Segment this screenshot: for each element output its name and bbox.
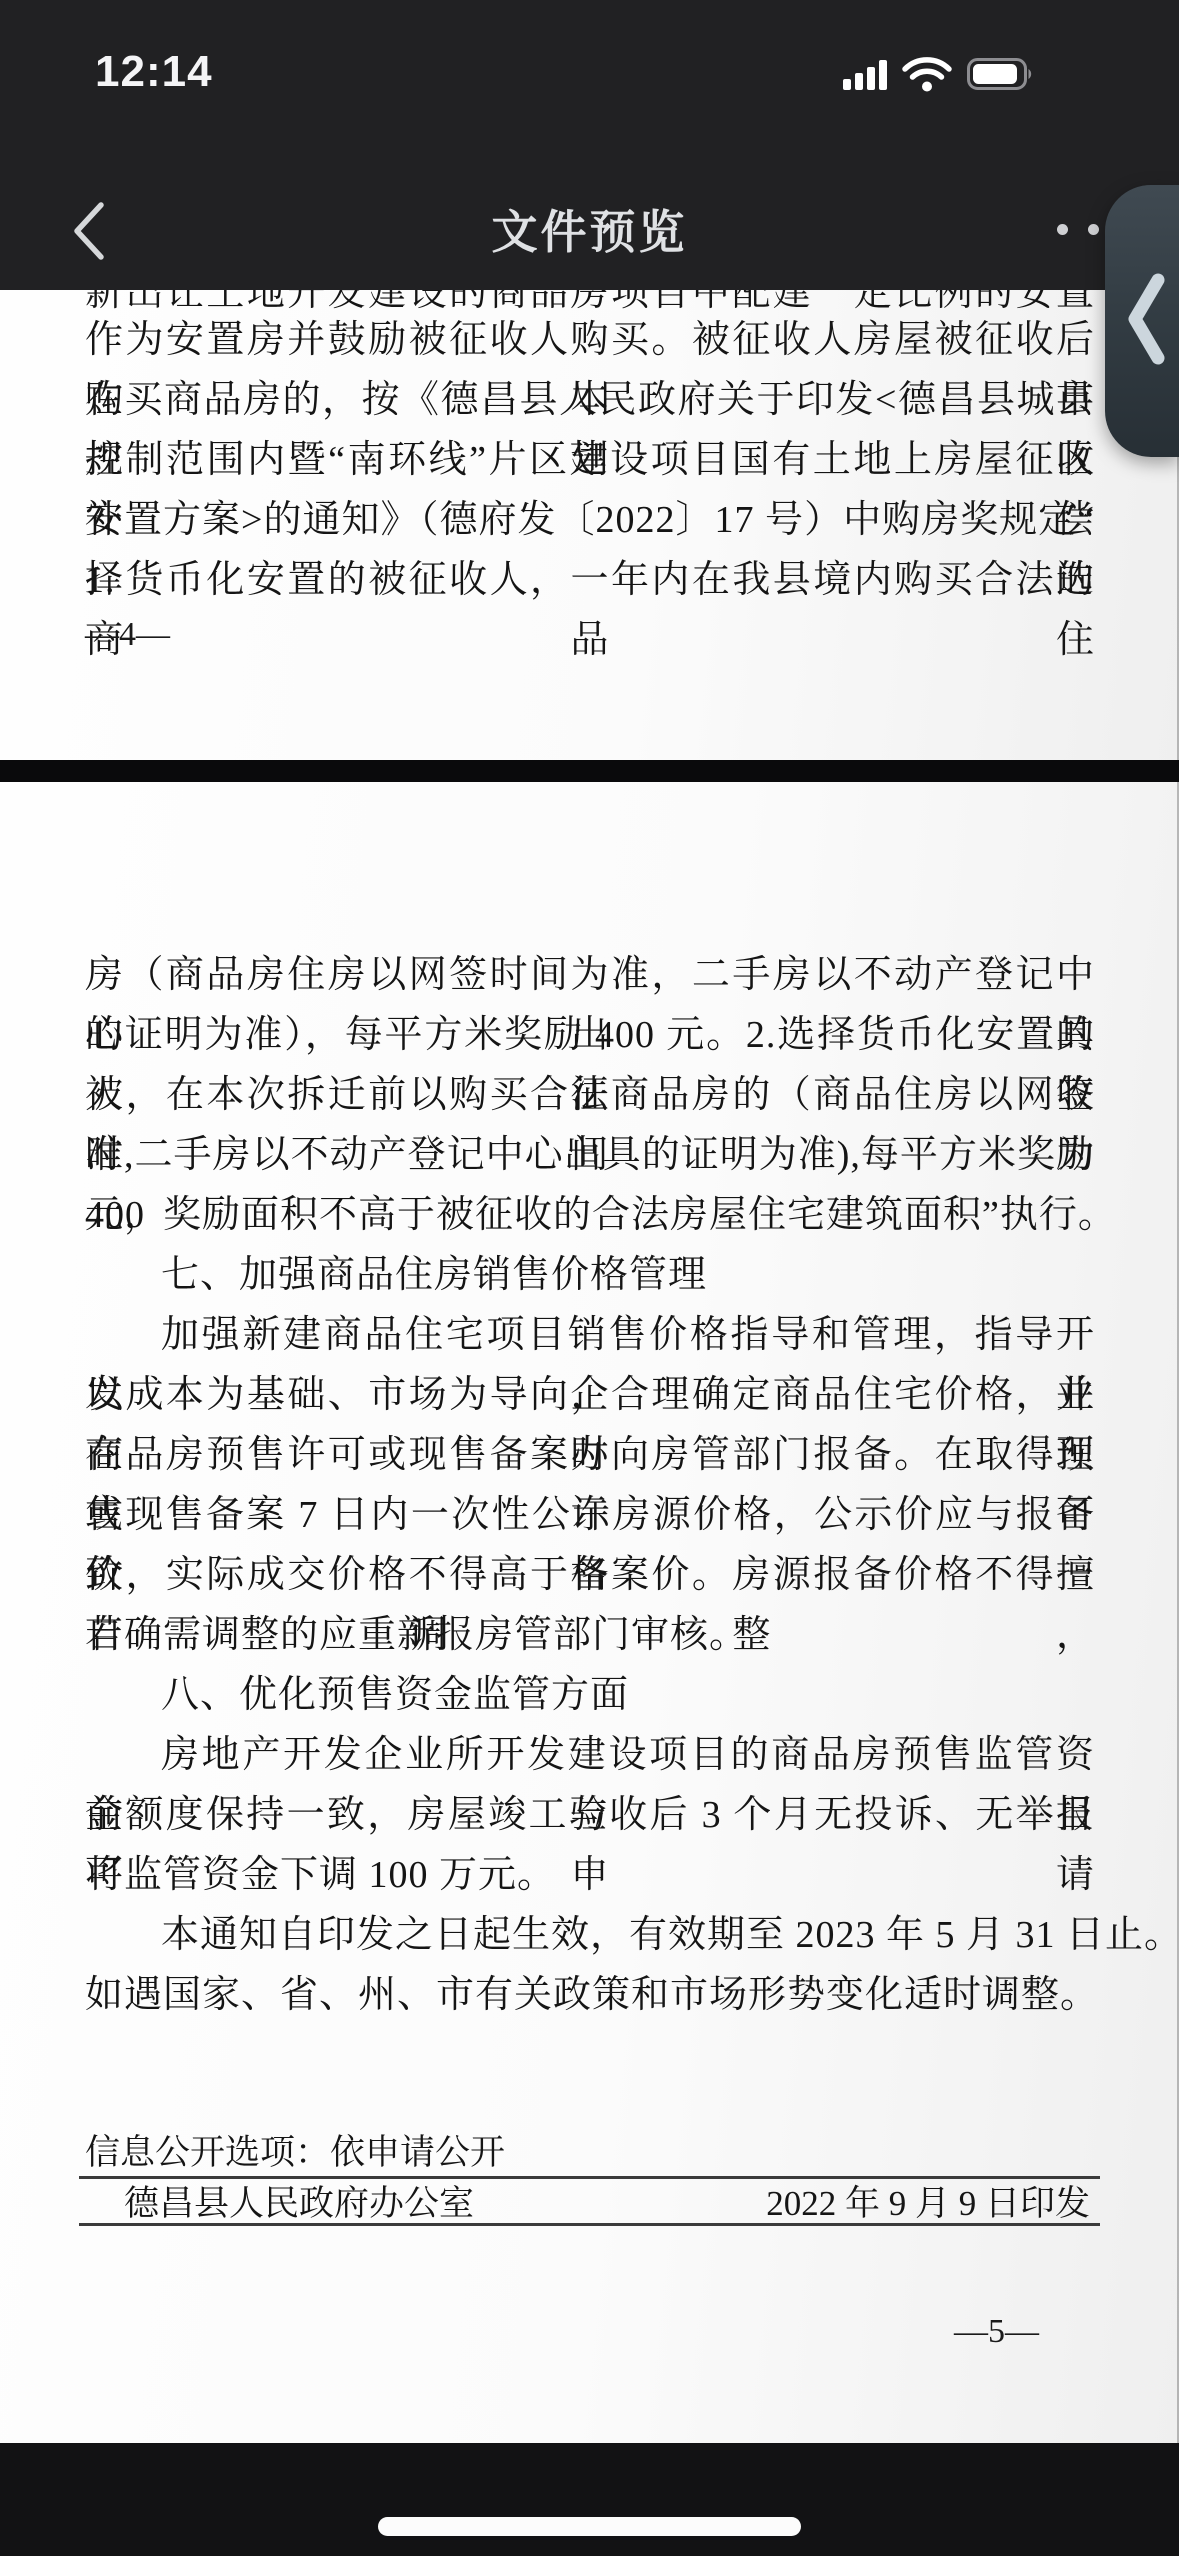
- page-divider: [0, 760, 1179, 782]
- top-chrome: 12:14: [0, 0, 1179, 290]
- cellular-signal-icon: [843, 58, 887, 95]
- doc-text-line: 准,二手房以不动产登记中心出具的证明为准),每平方米奖励 400: [0, 1125, 1179, 1185]
- print-date: 2022 年 9 月 9 日印发: [766, 2176, 1100, 2226]
- doc-text-line: 的证明为准），每平方米奖励 400 元。2.选择货币化安置的被征收: [0, 1005, 1179, 1065]
- doc-text-line: 安置方案>的通知》（德府发〔2022〕17 号）中购房奖规定“ 1.选: [0, 490, 1179, 550]
- status-time: 12:14: [95, 42, 213, 102]
- doc-text-line: 本通知自印发之日起生效，有效期至 2023 年 5 月 31 日止。: [0, 1905, 1179, 1965]
- page-top-margin: [0, 782, 1179, 945]
- page4-text: 作为安置房并鼓励被征收人购买。被征收人房屋被征收后在本县购买商品房的，按《德昌县…: [0, 310, 1179, 610]
- doc-text-line: 以成本为基础、市场为导向，合理确定商品住宅价格，并在办理: [0, 1365, 1179, 1425]
- doc-text-line: 前额度保持一致，房屋竣工验收后 3 个月无投诉、无举报可申请: [0, 1785, 1179, 1845]
- doc-text-line: 人，在本次拆迁前以购买合法商品房的（商品住房以网签时间为: [0, 1065, 1179, 1125]
- ellipsis-icon: [1088, 224, 1099, 235]
- doc-text-line: 房地产开发企业所开发建设项目的商品房预售监管资金与目: [0, 1725, 1179, 1785]
- page-number: —5—: [0, 2312, 1179, 2352]
- side-drawer-handle[interactable]: [1105, 185, 1179, 457]
- chevron-left-icon: [1125, 271, 1179, 372]
- doc-text-line: 新出让土地开发建设的商品房项目中配建一定比例的安置房源: [0, 290, 1179, 310]
- document-scroll-area[interactable]: 新出让土地开发建设的商品房项目中配建一定比例的安置房源 作为安置房并鼓励被征收人…: [0, 290, 1179, 2443]
- doc-text-line: 购买商品房的，按《德昌县人民政府关于印发<德昌县城市规划区: [0, 370, 1179, 430]
- doc-text-line: 加强新建商品住宅项目销售价格指导和管理，指导开发企业: [0, 1305, 1179, 1365]
- bottom-bar: [0, 2443, 1179, 2556]
- status-icons: [843, 56, 1033, 97]
- page-title: 文件预览: [0, 200, 1179, 264]
- home-indicator[interactable]: [378, 2517, 801, 2536]
- clipped-text-line: 新出让土地开发建设的商品房项目中配建一定比例的安置房源: [0, 290, 1179, 310]
- spacer: [0, 2025, 1179, 2130]
- page5-text: 房（商品房住房以网签时间为准，二手房以不动产登记中心出具的证明为准），每平方米奖…: [0, 945, 1179, 2025]
- doc-text-line: 八、优化预售资金监管方面: [0, 1665, 1179, 1725]
- disclosure-line: 信息公开选项：依申请公开: [0, 2130, 1179, 2176]
- doc-text-line: 作为安置房并鼓励被征收人购买。被征收人房屋被征收后在本县: [0, 310, 1179, 370]
- doc-text-line: 商品房预售许可或现售备案时向房管部门报备。在取得预售许可: [0, 1425, 1179, 1485]
- doc-text-line: 房（商品房住房以网签时间为准，二手房以不动产登记中心出具: [0, 945, 1179, 1005]
- doc-text-line: 择货币化安置的被征收人，一年内在我县境内购买合法的商品住: [0, 550, 1179, 610]
- issuing-office: 德昌县人民政府办公室: [79, 2176, 474, 2226]
- ellipsis-icon: [1057, 224, 1068, 235]
- wifi-icon: [902, 56, 952, 97]
- doc-text-line: 控制范围内暨“南环线”片区建设项目国有土地上房屋征收补偿: [0, 430, 1179, 490]
- doc-text-line: 或现售备案 7 日内一次性公示房源价格，公示价应与报备价格一: [0, 1485, 1179, 1545]
- footer-rule-box: 德昌县人民政府办公室 2022 年 9 月 9 日印发: [79, 2176, 1100, 2226]
- document-page-5: 房（商品房住房以网签时间为准，二手房以不动产登记中心出具的证明为准），每平方米奖…: [0, 782, 1179, 2443]
- doc-text-line: 七、加强商品住房销售价格管理: [0, 1245, 1179, 1305]
- document-page-4: 新出让土地开发建设的商品房项目中配建一定比例的安置房源 作为安置房并鼓励被征收人…: [0, 290, 1179, 760]
- doc-text-line: 致，实际成交价格不得高于备案价。房源报备价格不得擅自调整，: [0, 1545, 1179, 1605]
- battery-icon: [967, 58, 1033, 95]
- doc-text-line: 元，奖励面积不高于被征收的合法房屋住宅建筑面积”执行。: [0, 1185, 1179, 1245]
- doc-text-line: 如遇国家、省、州、市有关政策和市场形势变化适时调整。: [0, 1965, 1179, 2025]
